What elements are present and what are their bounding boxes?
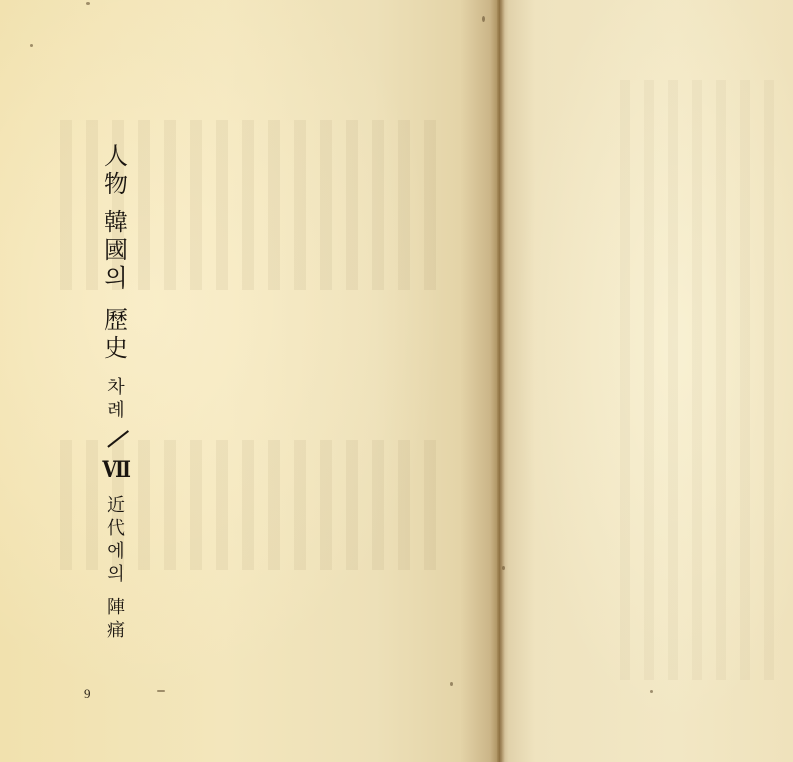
page-number: 9 bbox=[84, 686, 91, 702]
title-char: 歷 bbox=[100, 306, 132, 334]
subtitle-char: 에 bbox=[100, 540, 132, 563]
vertical-title: 人 物 韓 國 의 歷 史 차 례 Ⅶ 近 代 bbox=[96, 142, 136, 642]
bleed-through-text bbox=[620, 80, 780, 680]
title-char: 차 bbox=[100, 376, 132, 399]
subtitle-char: 의 bbox=[100, 563, 132, 586]
title-char: 의 bbox=[100, 264, 132, 292]
subtitle-line-1: 近 代 에 의 bbox=[100, 494, 132, 586]
book-spread: 人 物 韓 國 의 歷 史 차 례 Ⅶ 近 代 bbox=[0, 0, 793, 762]
book-gutter bbox=[497, 0, 505, 762]
title-char: 례 bbox=[100, 399, 132, 422]
separator-slash bbox=[103, 426, 129, 452]
paper-speck bbox=[650, 690, 653, 693]
title-line-2: 韓 國 의 bbox=[100, 208, 132, 292]
title-char: 史 bbox=[100, 334, 132, 362]
title-char: 國 bbox=[100, 236, 132, 264]
title-char: 韓 bbox=[100, 208, 132, 236]
paper-speck bbox=[482, 16, 485, 22]
title-line-1: 人 物 bbox=[100, 142, 132, 198]
paper-speck bbox=[157, 690, 165, 692]
subtitle-char: 陣 bbox=[100, 596, 132, 619]
left-page: 人 物 韓 國 의 歷 史 차 례 Ⅶ 近 代 bbox=[0, 0, 500, 762]
right-page bbox=[500, 0, 793, 762]
paper-speck bbox=[86, 2, 90, 5]
title-line-3: 歷 史 bbox=[100, 306, 132, 362]
subtitle-char: 痛 bbox=[100, 619, 132, 642]
title-line-4: 차 례 bbox=[100, 376, 132, 422]
title-char: 物 bbox=[100, 170, 132, 198]
subtitle-line-2: 陣 痛 bbox=[100, 596, 132, 642]
title-char: 人 bbox=[100, 142, 132, 170]
paper-speck bbox=[30, 44, 33, 47]
subtitle-char: 近 bbox=[100, 494, 132, 517]
paper-speck bbox=[450, 682, 453, 686]
volume-numeral: Ⅶ bbox=[102, 456, 129, 484]
subtitle-char: 代 bbox=[100, 517, 132, 540]
